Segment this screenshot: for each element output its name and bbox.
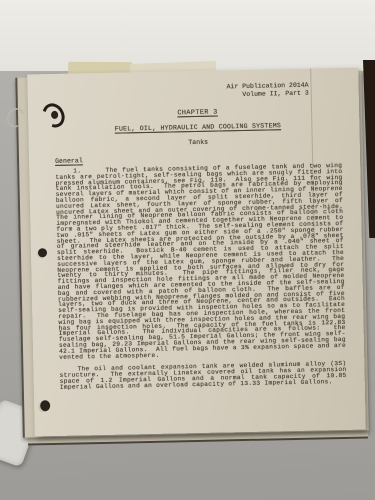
paragraph-2: The oil and coolant expansion tank are w… xyxy=(59,361,346,390)
photo-scene: Air Publication 2014A Volume II, Part 3 … xyxy=(0,0,375,500)
paragraph-1: 1. The fuel tanks consisting of a fusela… xyxy=(55,163,346,360)
document-page: Air Publication 2014A Volume II, Part 3 … xyxy=(27,68,366,437)
paper-stack: Air Publication 2014A Volume II, Part 3 … xyxy=(22,60,370,443)
chapter-heading: CHAPTER 3 xyxy=(54,106,341,120)
section-subtitle: Tanks xyxy=(55,136,342,149)
background-wall xyxy=(0,0,375,71)
publication-reference: Air Publication 2014A Volume II, Part 3 xyxy=(54,81,341,102)
chapter-title: FUEL, OIL, HYDRAULIC AND COOLING SYSTEMS xyxy=(54,121,341,134)
